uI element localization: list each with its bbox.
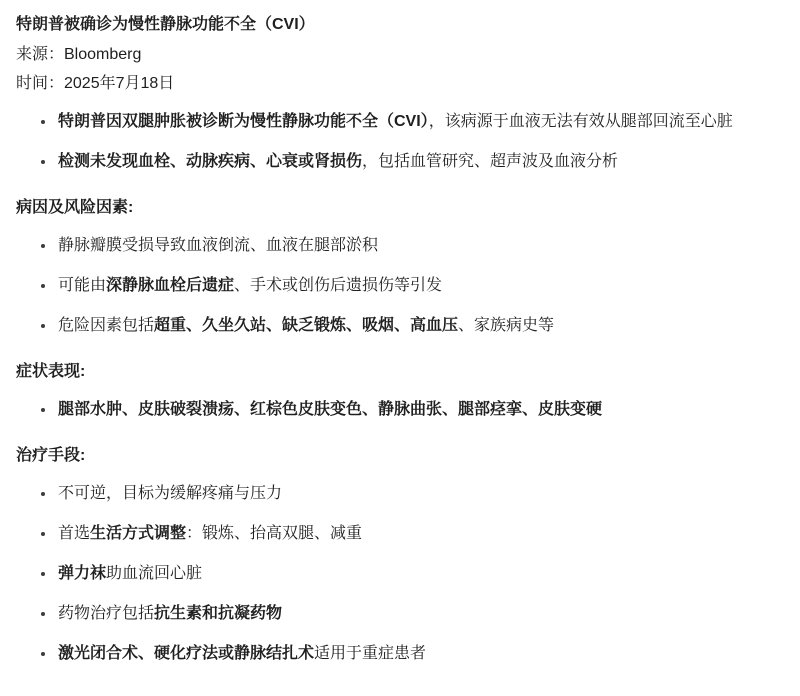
bold-text-segment: 深静脉血栓后遗症 [106, 277, 234, 294]
bold-text-segment: 检测未发现血栓、动脉疾病、心衰或肾损伤 [58, 153, 362, 170]
text-segment: 适用于重症患者 [314, 645, 426, 662]
list-item: 特朗普因双腿肿胀被诊断为慢性静脉功能不全（CVI），该病源于血液无法有效从腿部回… [56, 110, 776, 134]
list-item: 药物治疗包括抗生素和抗凝药物 [56, 602, 776, 626]
section-heading: 病因及风险因素: [16, 196, 776, 220]
list-item: 弹力袜助血流回心脏 [56, 562, 776, 586]
text-segment: ，包括血管研究、超声波及血液分析 [362, 153, 618, 170]
section-heading: 治疗手段: [16, 444, 776, 468]
text-segment: ：锻炼、抬高双腿、减重 [186, 525, 362, 542]
bold-text-segment: 激光闭合术、硬化疗法或静脉结扎术 [58, 645, 314, 662]
list-item: 腿部水肿、皮肤破裂溃疡、红棕色皮肤变色、静脉曲张、腿部痉挛、皮肤变硬 [56, 398, 776, 422]
bullet-list: 不可逆，目标为缓解疼痛与压力首选生活方式调整：锻炼、抬高双腿、减重弹力袜助血流回… [16, 482, 776, 666]
bold-text-segment: 特朗普因双腿肿胀被诊断为慢性静脉功能不全（CVI） [58, 113, 429, 130]
date-line: 时间：2025年7月18日 [16, 72, 776, 96]
bullet-list: 腿部水肿、皮肤破裂溃疡、红棕色皮肤变色、静脉曲张、腿部痉挛、皮肤变硬 [16, 398, 776, 422]
bold-text-segment: 弹力袜 [58, 565, 106, 582]
page-title: 特朗普被确诊为慢性静脉功能不全（CVI） [16, 13, 776, 37]
bold-text-segment: 腿部水肿、皮肤破裂溃疡、红棕色皮肤变色、静脉曲张、腿部痉挛、皮肤变硬 [58, 401, 602, 418]
bullet-list: 静脉瓣膜受损导致血液倒流、血液在腿部淤积可能由深静脉血栓后遗症、手术或创伤后遗损… [16, 234, 776, 338]
document-body: 特朗普因双腿肿胀被诊断为慢性静脉功能不全（CVI），该病源于血液无法有效从腿部回… [16, 110, 776, 666]
section-heading: 症状表现: [16, 360, 776, 384]
text-segment: 不可逆，目标为缓解疼痛与压力 [58, 485, 282, 502]
bullet-list: 特朗普因双腿肿胀被诊断为慢性静脉功能不全（CVI），该病源于血液无法有效从腿部回… [16, 110, 776, 174]
list-item: 危险因素包括超重、久坐久站、缺乏锻炼、吸烟、高血压、家族病史等 [56, 314, 776, 338]
bold-text-segment: 抗生素和抗凝药物 [154, 605, 282, 622]
text-segment: 可能由 [58, 277, 106, 294]
text-segment: 、手术或创伤后遗损伤等引发 [234, 277, 442, 294]
list-item: 检测未发现血栓、动脉疾病、心衰或肾损伤，包括血管研究、超声波及血液分析 [56, 150, 776, 174]
list-item: 静脉瓣膜受损导致血液倒流、血液在腿部淤积 [56, 234, 776, 258]
text-segment: 药物治疗包括 [58, 605, 154, 622]
text-segment: 、家族病史等 [458, 317, 554, 334]
text-segment: 首选 [58, 525, 90, 542]
list-item: 激光闭合术、硬化疗法或静脉结扎术适用于重症患者 [56, 642, 776, 666]
bold-text-segment: 超重、久坐久站、缺乏锻炼、吸烟、高血压 [154, 317, 458, 334]
list-item: 首选生活方式调整：锻炼、抬高双腿、减重 [56, 522, 776, 546]
document: 特朗普被确诊为慢性静脉功能不全（CVI） 来源：Bloomberg 时间：202… [0, 0, 800, 696]
text-segment: ，该病源于血液无法有效从腿部回流至心脏 [429, 113, 733, 130]
list-item: 可能由深静脉血栓后遗症、手术或创伤后遗损伤等引发 [56, 274, 776, 298]
text-segment: 危险因素包括 [58, 317, 154, 334]
text-segment: 静脉瓣膜受损导致血液倒流、血液在腿部淤积 [58, 237, 378, 254]
text-segment: 助血流回心脏 [106, 565, 202, 582]
source-line: 来源：Bloomberg [16, 43, 776, 67]
list-item: 不可逆，目标为缓解疼痛与压力 [56, 482, 776, 506]
bold-text-segment: 生活方式调整 [90, 525, 186, 542]
